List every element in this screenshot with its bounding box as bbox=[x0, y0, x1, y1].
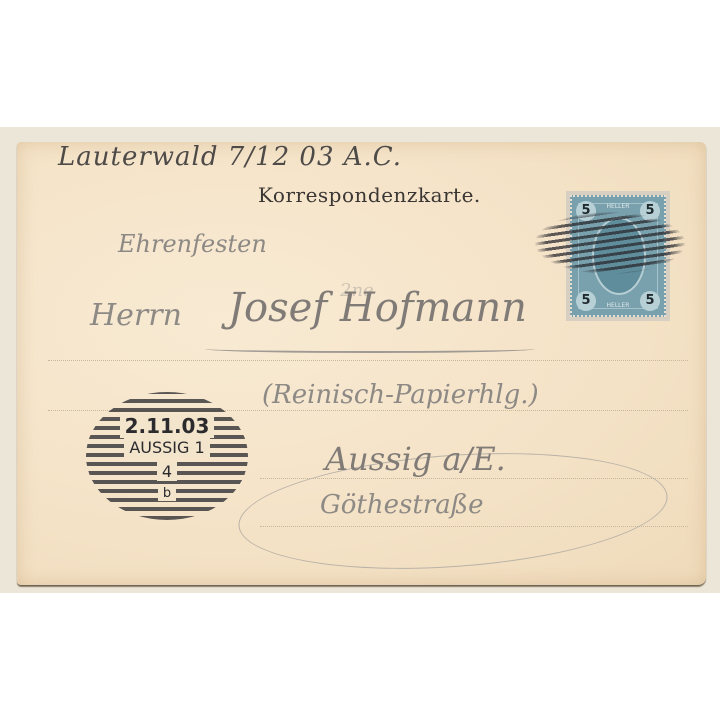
stamp-label-top: HELLER bbox=[598, 203, 638, 210]
stamp-denomination: 5 bbox=[576, 291, 596, 311]
postmark-sub: b bbox=[86, 486, 248, 501]
handwritten-city: Aussig a/E. bbox=[325, 440, 506, 478]
address-line-1 bbox=[48, 360, 688, 361]
postmark-number: 4 bbox=[86, 462, 248, 481]
name-underline bbox=[205, 345, 535, 353]
printed-title: Korrespondenzkarte. bbox=[258, 183, 481, 207]
handwritten-recipient-name: Josef Hofmann bbox=[228, 285, 527, 331]
postmark-date: 2.11.03 bbox=[86, 414, 248, 438]
postmark-town: AUSSIG 1 bbox=[86, 438, 248, 457]
postmark: 2.11.03 AUSSIG 1 4 b bbox=[86, 392, 248, 520]
handwritten-header-note: Lauterwald 7/12 03 A.C. bbox=[58, 142, 402, 172]
stamp-label-bottom: HELLER bbox=[598, 302, 638, 309]
handwritten-salutation: Ehrenfesten bbox=[118, 230, 267, 258]
handwritten-recipient-prefix: Herrn bbox=[90, 298, 182, 333]
stamp-denomination: 5 bbox=[640, 291, 660, 311]
handwritten-company: (Reinisch-Papierhlg.) bbox=[262, 380, 539, 410]
handwritten-street: Göthestraße bbox=[320, 490, 483, 520]
stamp-cancellation-bars bbox=[535, 212, 685, 274]
